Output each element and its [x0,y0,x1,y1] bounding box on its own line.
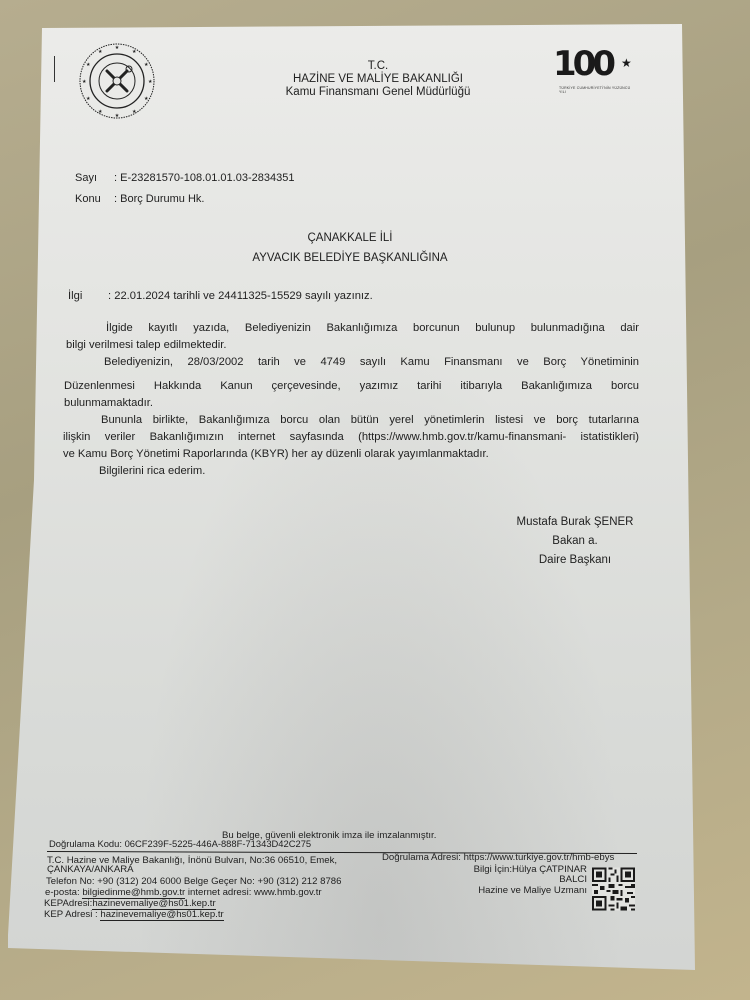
sayi-value: : E-23281570-108.01.01.03-2834351 [114,172,294,184]
kep2-label: KEP Adresi : [44,909,100,920]
header-ministry: HAZİNE VE MALİYE BAKANLIĞI [228,73,528,86]
website[interactable]: internet adresi: www.hmb.gov.tr [185,887,321,898]
header-tc: T.C. [228,60,528,73]
addressee-province: ÇANAKKALE İLİ [200,232,500,244]
paragraph-2-line-2: Düzenlenmesi Hakkında Kanun çerçevesinde… [64,380,639,392]
sayi-label: Sayı [75,172,97,184]
verification-address[interactable]: Doğrulama Adresi: https://www.turkiye.go… [382,852,614,863]
ministry-seal-icon: ★ ★★ ★★ ★★ ★★ ★★ ★ [78,42,156,120]
phone-fax: Telefon No: +90 (312) 204 6000 Belge Geç… [46,876,341,887]
konu-label: Konu [75,193,101,205]
ilgi-value: : 22.01.2024 tarihli ve 24411325-15529 s… [108,290,373,302]
svg-text:★: ★ [98,49,103,55]
signatory-name: Mustafa Burak ŞENER [505,513,645,532]
svg-text:★: ★ [82,79,87,85]
kep-address-2: KEP Adresi : hazinevemaliye@hs01.kep.tr [44,909,224,920]
info-contact-title: Hazine ve Maliye Uzmanı [462,885,587,896]
svg-text:★: ★ [132,49,137,55]
addressee-municipality: AYVACIK BELEDİYE BAŞKANLIĞINA [200,252,500,264]
paragraph-3-line-1: Bununla birlikte, Bakanlığımıza borcu ol… [101,414,639,426]
svg-text:★: ★ [86,62,91,68]
svg-text:★: ★ [115,113,120,119]
svg-text:★: ★ [98,109,103,115]
svg-text:★: ★ [132,109,137,115]
svg-text:★: ★ [115,45,120,51]
paragraph-1-line-1: İlgide kayıtlı yazıda, Belediyenizin Bak… [106,322,639,334]
kep2-link[interactable]: hazinevemaliye@hs01.kep.tr [100,909,223,921]
paragraph-2-line-1: Belediyenizin, 28/03/2002 tarih ve 4749 … [104,356,639,368]
svg-text:★: ★ [86,96,91,102]
centennial-number: 100 [553,44,612,84]
binder-mark [54,56,55,82]
paper-fold-shadow [0,0,750,1000]
paragraph-3-line-2: ilişkin veriler Bakanlığımızın internet … [63,431,639,443]
email-web-line: e-posta: bilgiedinme@hmb.gov.tr internet… [45,887,322,898]
svg-text:★: ★ [144,62,149,68]
signatory-title-1: Bakan a. [505,532,645,551]
kep-address-1: KEPAdresi:hazinevemaliye@hs01.kep.tr [44,898,216,909]
email-label: e-posta: [45,887,82,898]
info-contact-surname: BALCI [462,874,587,885]
qr-code-icon[interactable] [592,867,635,911]
signatory-title-2: Daire Başkanı [505,551,645,570]
star-icon: ★ [621,56,632,70]
svg-text:★: ★ [148,79,153,85]
centennial-caption: TÜRKİYE CUMHURİYETİ'NİN YÜZÜNCÜ YILI [559,86,633,94]
paragraph-4: Bilgilerini rica ederim. [99,465,205,477]
address-line-2: ÇANKAYA/ANKARA [47,864,134,875]
header-directorate: Kamu Finansmanı Genel Müdürlüğü [228,86,528,99]
svg-text:★: ★ [144,96,149,102]
konu-value: : Borç Durumu Hk. [114,193,204,205]
centennial-logo: 100 ★ TÜRKİYE CUMHURİYETİ'NİN YÜZÜNCÜ YI… [553,50,633,94]
ilgi-label: İlgi [68,290,82,302]
paragraph-3-line-3: ve Kamu Borç Yönetimi Raporlarında (KBYR… [63,448,489,460]
kep1-label: KEPAdresi: [44,898,92,909]
paragraph-1-line-2: bilgi verilmesi talep edilmektedir. [66,339,226,351]
verification-code: Doğrulama Kodu: 06CF239F-5225-446A-888F-… [49,838,311,849]
paragraph-2-line-3: bulunmamaktadır. [64,397,153,409]
